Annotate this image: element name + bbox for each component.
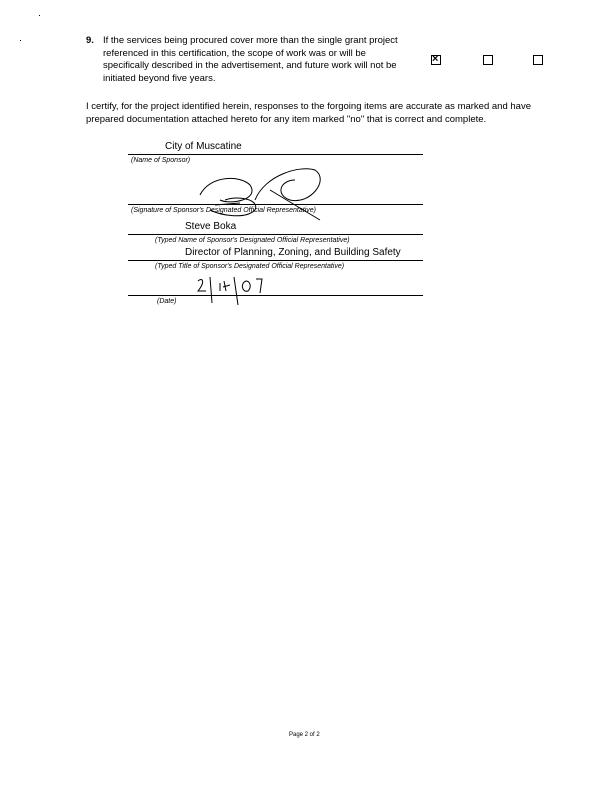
typed-name-line: [128, 234, 423, 235]
scan-speck: [39, 15, 40, 16]
certification-statement: I certify, for the project identified he…: [86, 101, 566, 126]
item-number: 9.: [86, 35, 94, 46]
signature-label: (Signature of Sponsor's Designated Offic…: [131, 207, 316, 214]
checkbox-yes[interactable]: [431, 55, 441, 65]
typed-name-label: (Typed Name of Sponsor's Designated Offi…: [155, 237, 350, 244]
scan-speck: [20, 40, 21, 41]
handwritten-signature: [180, 155, 360, 225]
item-text: If the services being procured cover mor…: [103, 35, 403, 85]
date-label: (Date): [157, 298, 176, 305]
page-number: Page 2 of 2: [289, 732, 320, 738]
typed-title-line: [128, 260, 423, 261]
checkbox-na[interactable]: [533, 55, 543, 65]
handwritten-date: [190, 273, 280, 308]
sponsor-name: City of Muscatine: [165, 141, 242, 152]
typed-title-label: (Typed Title of Sponsor's Designated Off…: [155, 263, 344, 270]
date-line: [128, 295, 423, 296]
typed-name: Steve Boka: [185, 221, 236, 232]
checkbox-no[interactable]: [483, 55, 493, 65]
typed-title: Director of Planning, Zoning, and Buildi…: [185, 247, 401, 258]
signature-line: [128, 204, 423, 205]
